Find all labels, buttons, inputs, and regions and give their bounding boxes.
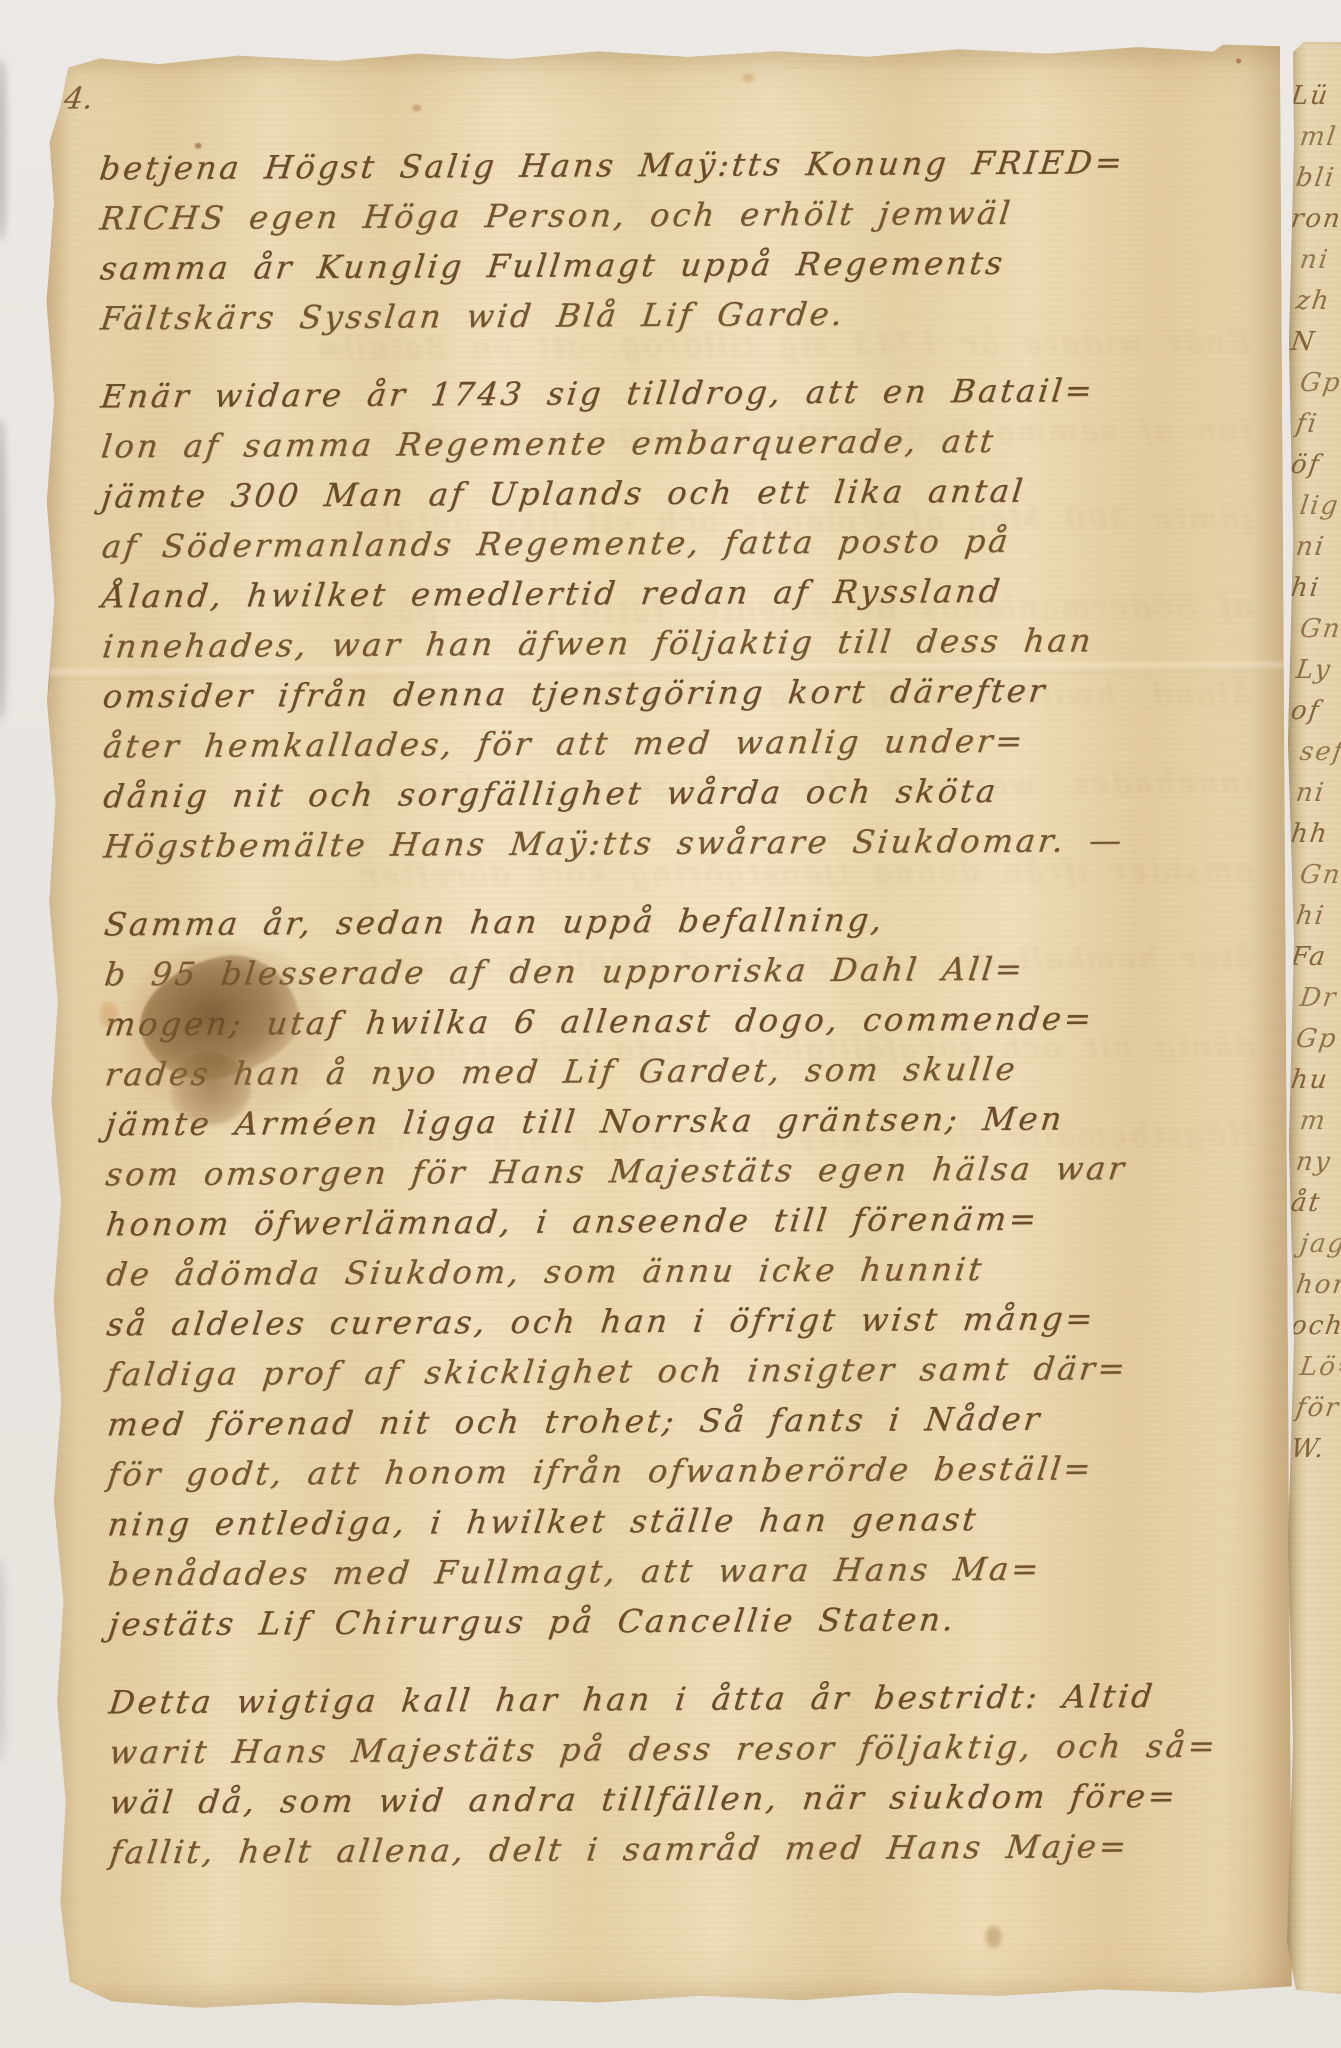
manuscript-line: jämte 300 Man af Uplands och ett lika an… — [99, 464, 1277, 521]
manuscript-text: betjena Högst Salig Hans Maÿ:tts Konung … — [97, 136, 1280, 1877]
torn-edge-nick — [38, 202, 46, 242]
manuscript-line: med förenad nit och trohet; Så fants i N… — [105, 1392, 1283, 1449]
next-page-fragment: m — [1297, 1101, 1341, 1142]
next-page-fragment: och — [1288, 1306, 1341, 1347]
next-page-fragment: Dr — [1297, 978, 1341, 1019]
torn-edge-nick — [41, 642, 49, 694]
manuscript-line: för godt, att honom ifrån ofwanberörde b… — [105, 1442, 1283, 1499]
paper-speck — [985, 1926, 1001, 1948]
next-page-fragment: of — [1288, 691, 1341, 732]
next-page-fragment: öf — [1288, 445, 1341, 486]
next-page-fragment: hor — [1293, 1265, 1341, 1306]
next-page-strip: LümlblironnizhNGpfiöflignihiGnLyofsefnih… — [1284, 42, 1341, 1994]
next-page-fragment: bli — [1293, 158, 1341, 199]
next-page-fragment: Lü — [1288, 76, 1341, 117]
manuscript-line: RICHS egen Höga Person, och erhölt jemwä… — [97, 186, 1275, 243]
manuscript-line: omsider ifrån denna tjenstgöring kort dä… — [100, 664, 1278, 721]
next-page-fragment: hi — [1293, 896, 1341, 937]
next-page-fragment: hi — [1288, 568, 1341, 609]
manuscript-line: de ådömda Siukdom, som ännu icke hunnit — [104, 1242, 1282, 1299]
next-page-fragment: för= — [1293, 1388, 1341, 1429]
manuscript-line: jestäts Lif Chirurgus på Cancellie State… — [106, 1592, 1284, 1649]
manuscript-line: mogen; utaf hwilka 6 allenast dogo, comm… — [102, 992, 1280, 1049]
next-page-fragment: N — [1288, 322, 1341, 363]
page-number: 4. — [62, 81, 95, 116]
manuscript-paragraph: Samma år, sedan han uppå befallning,b 95… — [101, 892, 1278, 1649]
manuscript-line: dånig nit och sorgfällighet wårda och sk… — [101, 764, 1279, 821]
manuscript-line: som omsorgen för Hans Majestäts egen häl… — [103, 1142, 1281, 1199]
next-page-text: LümlblironnizhNGpfiöflignihiGnLyofsefnih… — [1290, 76, 1341, 1470]
manuscript-line: jämte Arméen ligga till Norrska gräntsen… — [103, 1092, 1281, 1149]
next-page-fragment: Lö= — [1297, 1347, 1341, 1388]
scan-edge-shadow — [0, 60, 6, 240]
manuscript-line: warit Hans Majestäts på dess resor följa… — [107, 1720, 1285, 1777]
next-page-fragment: ny — [1293, 1142, 1341, 1183]
next-page-fragment: zh — [1293, 281, 1341, 322]
manuscript-line: åter hemkallades, för att med wanlig und… — [100, 714, 1278, 771]
manuscript-line: samma år Kunglig Fullmagt uppå Regements — [98, 236, 1276, 293]
manuscript-line: wäl då, som wid andra tillfällen, när si… — [107, 1770, 1285, 1827]
next-page-fragment: Gn — [1297, 855, 1341, 896]
manuscript-paragraph: betjena Högst Salig Hans Maÿ:tts Konung … — [97, 136, 1270, 343]
manuscript-paragraph: Detta wigtiga kall har han i åtta år bes… — [106, 1670, 1279, 1877]
next-page-fragment: ni — [1293, 773, 1341, 814]
manuscript-line: rades han å nyo med Lif Gardet, som skul… — [102, 1042, 1280, 1099]
scanned-manuscript-page: 4. Enär widare år 1743 sig tilldrog, att… — [0, 0, 1341, 2048]
manuscript-line: honom öfwerlämnad, i anseende till fören… — [103, 1192, 1281, 1249]
scan-edge-shadow — [0, 420, 6, 720]
next-page-fragment: W. — [1288, 1429, 1341, 1470]
manuscript-line: faldiga prof af skicklighet och insigter… — [104, 1342, 1282, 1399]
manuscript-line: af Södermanlands Regemente, fatta posto … — [99, 514, 1277, 571]
manuscript-line: innehades, war han äfwen följaktig till … — [100, 614, 1278, 671]
manuscript-sheet: 4. Enär widare år 1743 sig tilldrog, att… — [38, 44, 1292, 2012]
manuscript-line: fallit, helt allena, delt i samråd med H… — [107, 1820, 1285, 1877]
manuscript-paragraph: Enär widare år 1743 sig tilldrog, att en… — [98, 364, 1273, 871]
next-page-fragment: ron — [1288, 199, 1341, 240]
next-page-fragment: Ly — [1293, 650, 1341, 691]
manuscript-line: Åland, hwilket emedlertid redan af Ryssl… — [100, 564, 1278, 621]
next-page-fragment: Fa — [1288, 937, 1341, 978]
next-page-fragment: ml — [1297, 117, 1341, 158]
next-page-fragment: Gn — [1297, 609, 1341, 650]
next-page-fragment: ni — [1293, 527, 1341, 568]
next-page-fragment: Gp — [1293, 1019, 1341, 1060]
next-page-fragment: jag — [1297, 1224, 1341, 1265]
next-page-fragment: hu — [1288, 1060, 1341, 1101]
next-page-fragment: sef — [1297, 732, 1341, 773]
manuscript-line: lon af samma Regemente embarquerade, att — [99, 414, 1277, 471]
manuscript-line: Högstbemälte Hans Maÿ:tts swårare Siukdo… — [101, 814, 1279, 871]
next-page-fragment: Gp — [1297, 363, 1341, 404]
next-page-fragment: ni — [1297, 240, 1341, 281]
paper-speck — [742, 73, 754, 82]
paper-speck — [1236, 58, 1241, 63]
manuscript-line: Enär widare år 1743 sig tilldrog, att en… — [98, 364, 1276, 421]
manuscript-line: betjena Högst Salig Hans Maÿ:tts Konung … — [97, 136, 1275, 193]
next-page-fragment: lig — [1297, 486, 1341, 527]
next-page-fragment: hh — [1288, 814, 1341, 855]
paper-speck — [412, 104, 421, 111]
scan-edge-shadow — [0, 1560, 5, 1760]
manuscript-line: Samma år, sedan han uppå befallning, — [102, 892, 1280, 949]
manuscript-line: Detta wigtiga kall har han i åtta år bes… — [106, 1670, 1284, 1727]
manuscript-line: benådades med Fullmagt, att wara Hans Ma… — [105, 1542, 1283, 1599]
next-page-fragment: fi — [1293, 404, 1341, 445]
manuscript-line: så aldeles cureras, och han i öfrigt wis… — [104, 1292, 1282, 1349]
manuscript-line: b 95 blesserade af den upproriska Dahl A… — [102, 942, 1280, 999]
manuscript-line: Fältskärs Sysslan wid Blå Lif Garde. — [98, 286, 1276, 343]
manuscript-line: ning entlediga, i hwilket ställe han gen… — [105, 1492, 1283, 1549]
torn-edge-nick — [47, 1607, 55, 1679]
next-page-fragment: åt — [1288, 1183, 1341, 1224]
